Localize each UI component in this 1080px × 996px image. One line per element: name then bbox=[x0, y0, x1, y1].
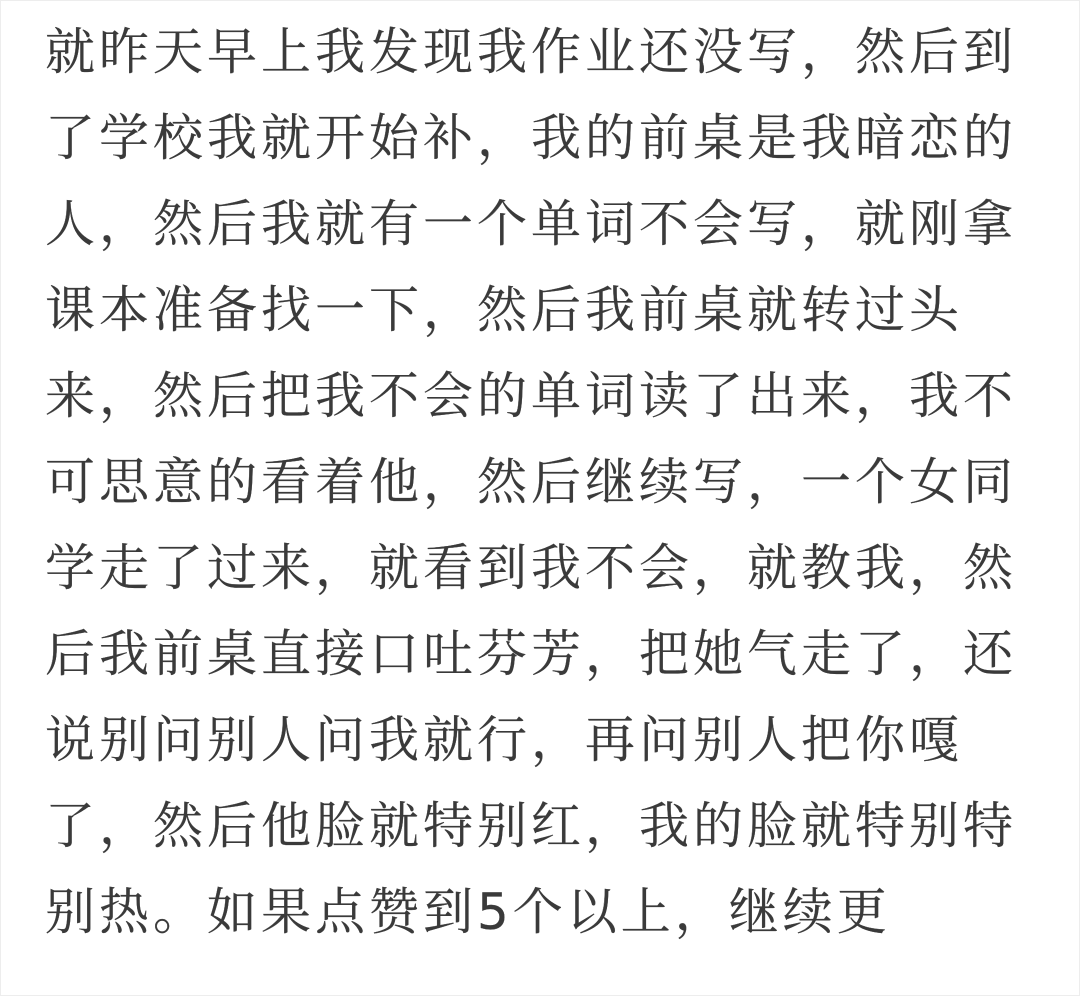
text-line: 了学校我就开始补，我的前桌是我暗恋的 bbox=[45, 95, 1037, 181]
text-line: 课本准备找一下，然后我前桌就转过头 bbox=[45, 267, 1037, 353]
text-line: 学走了过来，就看到我不会，就教我，然 bbox=[45, 525, 1037, 611]
text-line: 就昨天早上我发现我作业还没写，然后到 bbox=[45, 9, 1037, 95]
handwritten-note-image: 就昨天早上我发现我作业还没写，然后到 了学校我就开始补，我的前桌是我暗恋的 人，… bbox=[0, 0, 1080, 996]
note-text-block: 就昨天早上我发现我作业还没写，然后到 了学校我就开始补，我的前桌是我暗恋的 人，… bbox=[1, 1, 1079, 955]
text-line: 来，然后把我不会的单词读了出来，我不 bbox=[45, 353, 1037, 439]
text-line: 别热。如果点赞到5个以上，继续更 bbox=[45, 869, 1037, 955]
text-line: 可思意的看着他，然后继续写，一个女同 bbox=[45, 439, 1037, 525]
text-line: 说别问别人问我就行，再问别人把你嘎 bbox=[45, 697, 1037, 783]
text-line: 人，然后我就有一个单词不会写，就刚拿 bbox=[45, 181, 1037, 267]
text-line: 后我前桌直接口吐芬芳，把她气走了，还 bbox=[45, 611, 1037, 697]
text-line: 了，然后他脸就特别红，我的脸就特别特 bbox=[45, 783, 1037, 869]
